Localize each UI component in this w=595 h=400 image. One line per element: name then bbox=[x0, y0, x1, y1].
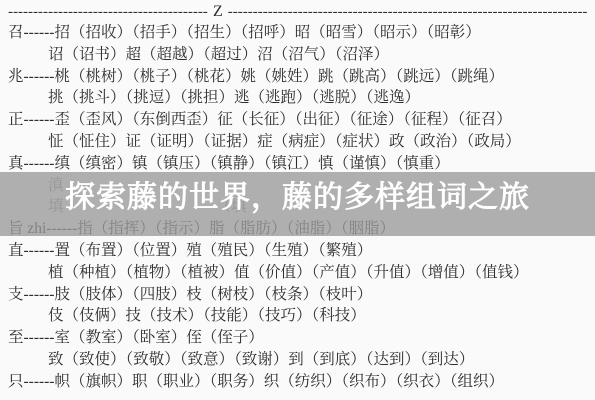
word-row: 兆------桃（桃树）（桃子）（桃花）姚（姚姓）跳（跳高）（跳远）（跳绳） bbox=[0, 66, 595, 88]
word-row: 只------帜（旗帜）职（职业）（职务）织（纺织）（织布）（织衣）（组织） bbox=[0, 371, 595, 393]
divider-dashes-left: ----------------------------------------… bbox=[8, 2, 208, 22]
divider-dashes-right: ----------------------------------------… bbox=[228, 2, 587, 22]
word-row: 直------置（布置）（位置）殖（殖民）（生殖）（繁殖） bbox=[0, 240, 595, 262]
word-row: 召------招（招收）（招手）（招生）（招呼）昭（昭雪）（昭示）（昭彰） bbox=[0, 22, 595, 44]
banner-overlay: 探索藤的世界，藤的多样组词之旅 bbox=[0, 172, 595, 236]
word-row: 至------室（教室）（卧室）侄（侄子） bbox=[0, 327, 595, 349]
section-letter-z: Z bbox=[208, 2, 228, 22]
document-page: ----------------------------------------… bbox=[0, 0, 595, 400]
word-row: 诏（诏书）超（超越）（超过）沼（沼气）（沼泽） bbox=[0, 44, 595, 66]
word-row: 支------肢（肢体）（四肢）枝（树枝）（枝条）（枝叶） bbox=[0, 284, 595, 306]
word-row: 伎（伎俩）技（技术）（技能）（技巧）（科技） bbox=[0, 305, 595, 327]
z-divider: ----------------------------------------… bbox=[0, 2, 595, 22]
banner-title: 探索藤的世界，藤的多样组词之旅 bbox=[0, 181, 595, 215]
word-row: 怔（怔住）证（证明）（证据）症（病症）（症状）政（政治）（政局） bbox=[0, 131, 595, 153]
word-row: 正------歪（歪风）（东倒西歪）征（长征）（出征）（征途）（征程）（征召） bbox=[0, 109, 595, 131]
word-row: 挑（挑斗）（挑逗）（挑担）逃（逃跑）（逃脱）（逃逸） bbox=[0, 87, 595, 109]
word-row: 植（种植）（植物）（植被）值（价值）（产值）（升值）（增值）（值钱） bbox=[0, 262, 595, 284]
word-row: 致（致使）（致敬）（致意）（致谢）到（到底）（达到）（到达） bbox=[0, 349, 595, 371]
